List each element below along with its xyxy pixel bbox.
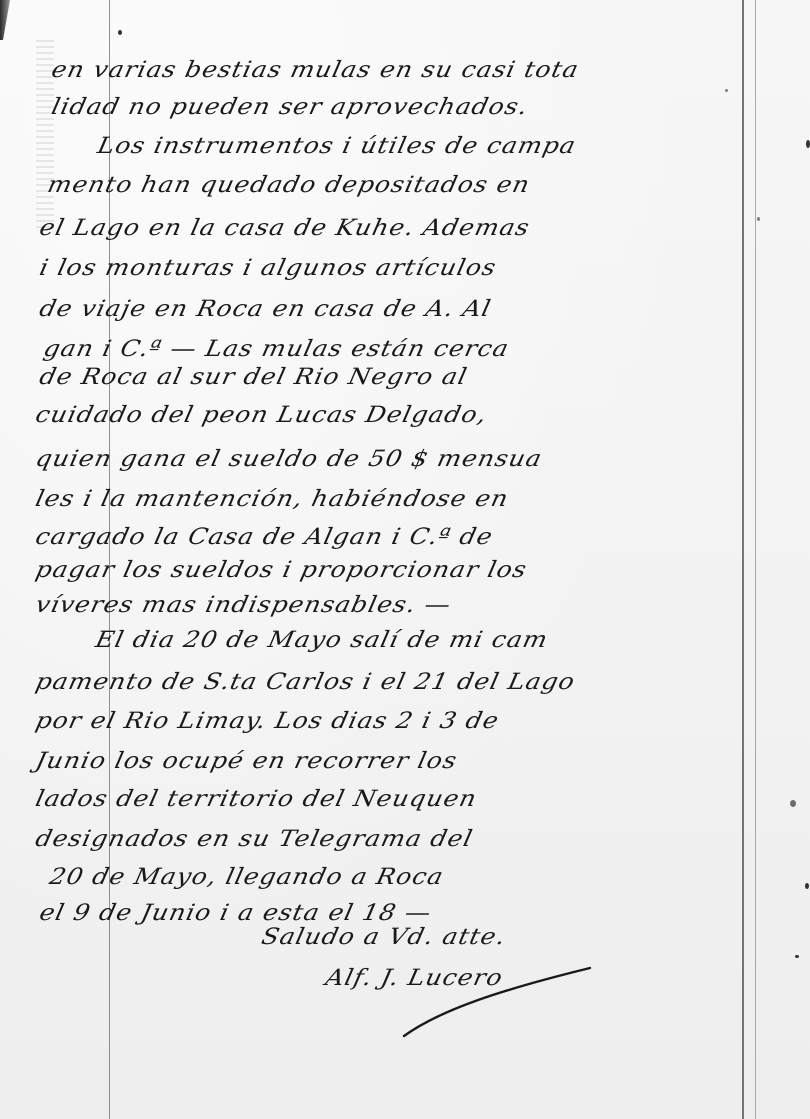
letter-line: de Roca al sur del Rio Negro al — [37, 363, 470, 389]
letter-line: Los instrumentos i útiles de campa — [95, 132, 578, 158]
letter-line: el Lago en la casa de Kuhe. Ademas — [37, 214, 532, 240]
signature-flourish-icon — [400, 960, 620, 1040]
letter-line: pamento de S.ta Carlos i el 21 del Lago — [33, 668, 577, 694]
letter-line: lidad no pueden ser aprovechados. — [49, 93, 530, 119]
letter-line: pagar los sueldos i proporcionar los — [33, 556, 529, 582]
letter-line: el 9 de Junio i a esta el 18 — — [37, 899, 434, 925]
letter-line: de viaje en Roca en casa de A. Al — [37, 295, 494, 321]
letter-line: cargado la Casa de Algan i C.ª de — [33, 523, 495, 549]
letter-line: lados del territorio del Neuquen — [33, 785, 479, 811]
letter-line: designados en su Telegrama del — [33, 825, 475, 851]
letter-line: mento han quedado depositados en — [45, 171, 532, 197]
letter-line: El dia 20 de Mayo salí de mi cam — [93, 626, 550, 652]
letter-line: i los monturas i algunos artículos — [37, 254, 499, 280]
letter-closing: Saludo a Vd. atte. — [259, 923, 508, 949]
letter-line: por el Rio Limay. Los dias 2 i 3 de — [33, 707, 502, 733]
letter-line: cuidado del peon Lucas Delgado, — [33, 401, 489, 427]
scanned-page: en varias bestias mulas en su casi tota … — [0, 0, 810, 1119]
letter-line: 20 de Mayo, llegando a Roca — [47, 863, 446, 889]
letter-body: en varias bestias mulas en su casi tota … — [0, 0, 810, 1119]
letter-line: Junio los ocupé en recorrer los — [33, 747, 460, 773]
letter-line: víveres mas indispensables. — — [33, 591, 454, 617]
letter-line: en varias bestias mulas en su casi tota — [49, 56, 581, 82]
letter-line: les i la mantención, habiéndose en — [33, 485, 511, 511]
letter-line: gan i C.ª — Las mulas están cerca — [41, 335, 511, 361]
letter-line: quien gana el sueldo de 50 $ mensua — [33, 445, 545, 471]
